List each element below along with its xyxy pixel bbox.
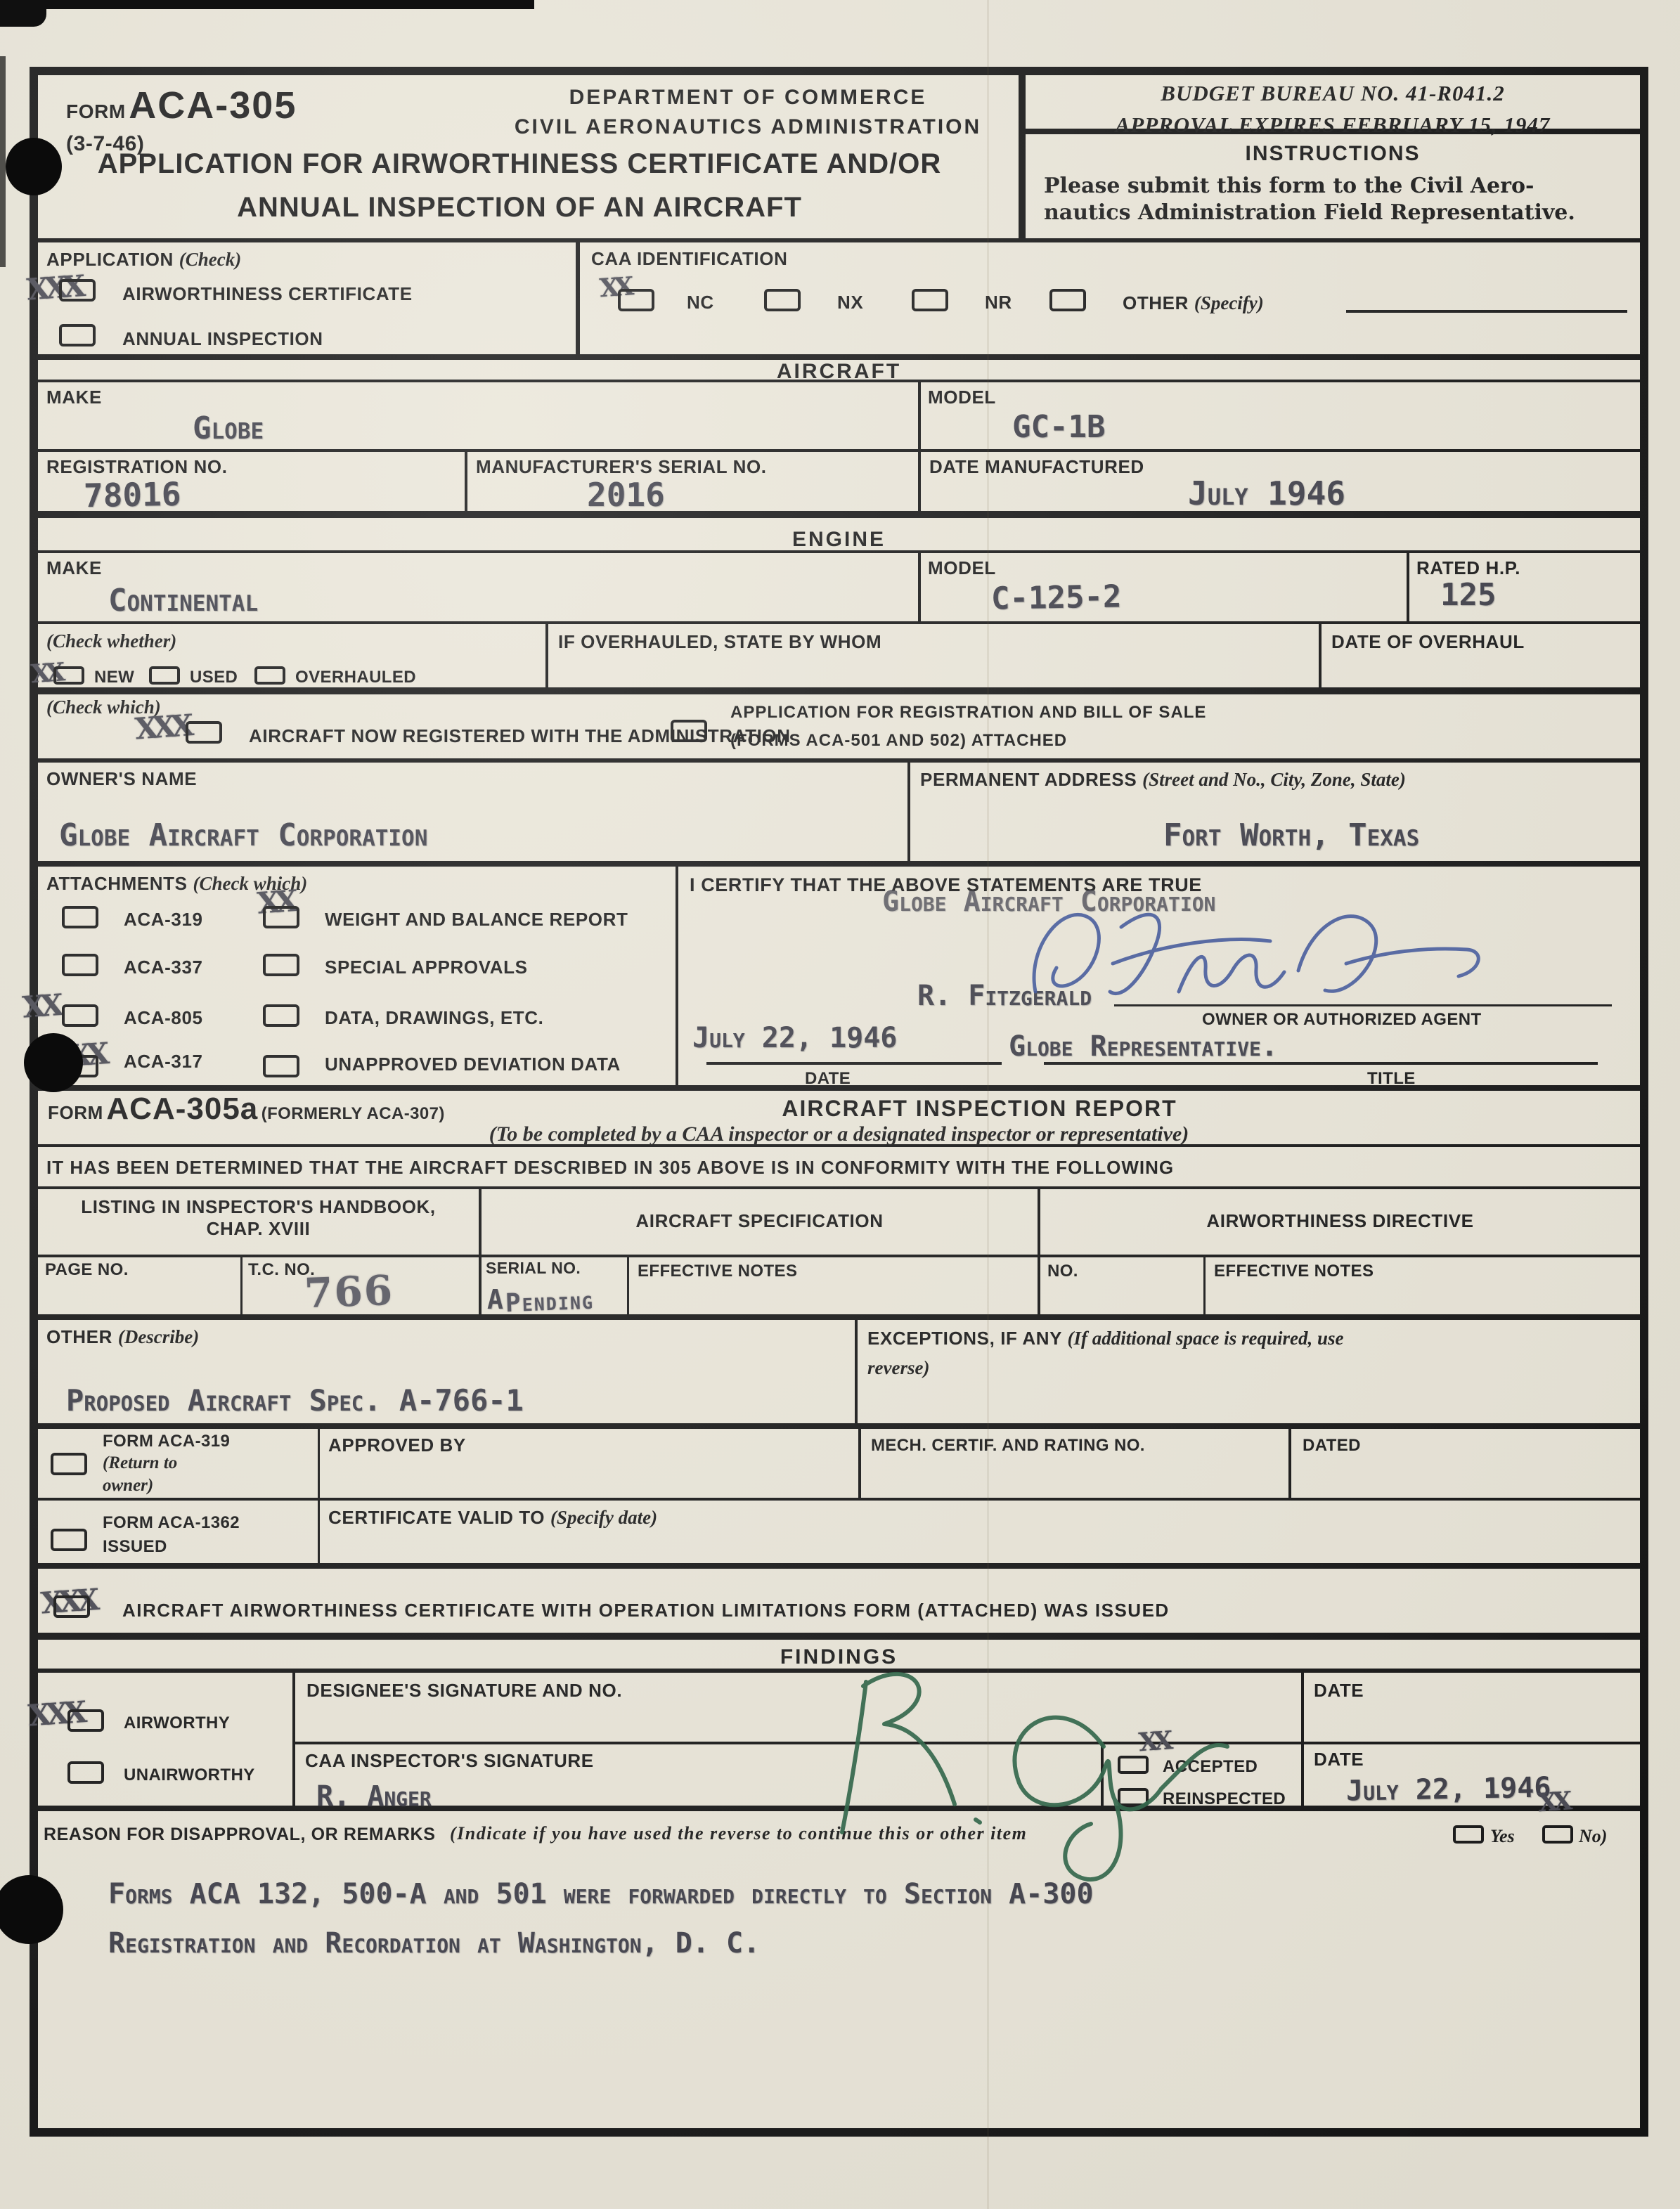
page-no-label: PAGE NO. [45,1260,129,1281]
reason-note: (Indicate if you have used the reverse t… [450,1822,1027,1844]
spec-serial-label: SERIAL NO. [486,1259,581,1278]
owner-agent-label: OWNER OR AUTHORIZED AGENT [1202,1010,1482,1030]
overhauled-by-cell: IF OVERHAULED, STATE BY WHOM [548,624,1322,687]
other-specify-line [1346,287,1627,313]
accepted-cell: XX ACCEPTED REINSPECTED [1104,1744,1304,1806]
certify-title-label: TITLE [1367,1069,1416,1089]
date-line [706,1039,1002,1065]
form-aca-319-note2: owner) [103,1475,153,1496]
inspection-date-label: DATE [1314,1749,1364,1770]
valid-to-label: CERTIFICATE VALID TO (Specify date) [328,1506,657,1529]
engine-condition-row: (Check whether) XX NEW USED OVERHAULED I… [38,624,1640,694]
check-whether-cell: (Check whether) XX NEW USED OVERHAULED [38,624,548,687]
aca-337-checkbox [62,954,98,976]
owner-name-label: OWNER'S NAME [46,768,197,790]
spec-notes-label: EFFECTIVE NOTES [638,1262,797,1282]
exceptions-label: EXCEPTIONS, IF ANY (If additional space … [867,1327,1343,1349]
reverse-no-checkbox [1542,1825,1573,1844]
rated-hp-value: 125 [1440,578,1496,612]
spec-serial-cell: SERIAL NO. A Pending [482,1255,629,1314]
registration-no-label: REGISTRATION NO. [46,456,228,478]
serial-no-cell: MANUFACTURER'S SERIAL NO. 2016 [467,452,921,511]
handwritten-x-mark: XX [22,990,60,1022]
reason-row: REASON FOR DISAPPROVAL, OR REMARKS (Indi… [38,1811,1640,1859]
airworthy-cell: XXX AIRWORTHY UNAIRWORTHY [38,1673,295,1806]
aircraft-section-band: AIRCRAFT [38,360,1640,382]
handwritten-x-mark: XXX [134,711,190,744]
inspector-cell: CAA INSPECTOR'S SIGNATURE R. Anger [295,1744,1104,1806]
tc-no-cell: T.C. NO. 766 [243,1255,482,1314]
certificate-issued-checkbox [53,1595,90,1618]
agency-line1: DEPARTMENT OF COMMERCE [474,85,1022,110]
designee-date-cell: DATE [1304,1673,1640,1744]
findings-band: FINDINGS [38,1640,1640,1673]
aircraft-registration-row: REGISTRATION NO. 78016 MANUFACTURER'S SE… [38,452,1640,518]
certification-section: I CERTIFY THAT THE ABOVE STATEMENTS ARE … [678,867,1640,1085]
other-cell: OTHER (Describe) Proposed Aircraft Spec.… [38,1320,858,1423]
certificate-issued-row: XXX AIRCRAFT AIRWORTHINESS CERTIFICATE W… [38,1569,1640,1640]
budget-bureau-box: BUDGET BUREAU NO. 41-R041.2 APPROVAL EXP… [1019,75,1640,134]
reinspected-label: REINSPECTED [1163,1789,1286,1810]
scan-edge-artifact [0,0,534,9]
mech-certif-label: MECH. CERTIF. AND RATING NO. [871,1436,1145,1456]
form-title: APPLICATION FOR AIRWORTHINESS CERTIFICAT… [52,147,987,224]
agency-block: DEPARTMENT OF COMMERCE CIVIL AERONAUTICS… [474,85,1022,140]
accepted-checkbox [1118,1756,1149,1774]
paper-fold-line [987,0,989,2209]
inspection-form-number: ACA-305a [106,1091,258,1126]
serial-no-value: 2016 [587,477,665,513]
new-checkbox [53,666,84,685]
other-value: Proposed Aircraft Spec. A-766-1 [66,1385,524,1417]
annual-inspection-checkbox [59,324,96,346]
nr-checkbox [912,289,948,311]
bill-of-sale-label-line2: (FORMS ACA-501 AND 502) ATTACHED [730,731,1067,751]
caa-identification-label: CAA IDENTIFICATION [591,248,787,270]
owner-row: OWNER'S NAME Globe Aircraft Corporation … [38,763,1640,867]
form-aca-1362-checkbox [51,1529,87,1551]
engine-make-label: MAKE [46,557,102,579]
aca-805-checkbox [62,1004,98,1027]
other-describe-note: (Describe) [118,1326,199,1347]
specification-table: LISTING IN INSPECTOR'S HANDBOOK, CHAP. X… [38,1189,1640,1320]
unairworthy-label: UNAIRWORTHY [124,1766,255,1786]
application-section: APPLICATION (Check) XXX AIRWORTHINESS CE… [38,242,580,354]
overhauled-checkbox [254,666,285,685]
other-label-note: (Specify) [1194,292,1264,313]
application-label-note: (Check) [179,249,241,270]
airworthy-checkbox [67,1709,104,1732]
other-label: OTHER (Specify) [1123,292,1264,314]
special-approvals-checkbox [263,954,299,976]
date-manufactured-value: July 1946 [1188,476,1345,512]
registration-status-row: (Check which) XXX AIRCRAFT NOW REGISTERE… [38,694,1640,763]
form-aca-1362-issued: ISSUED [103,1537,167,1557]
aircraft-make-value: Globe [193,412,264,446]
directive-no-label: NO. [1047,1262,1078,1282]
accepted-label: ACCEPTED [1163,1757,1258,1777]
instructions-line1: Please submit this form to the Civil Aer… [1044,172,1534,200]
dated-cell: DATED [1291,1429,1640,1498]
aircraft-model-value: GC-1B [1012,410,1105,444]
exceptions-note1: (If additional space is required, use [1067,1328,1343,1349]
spec-header-cell: AIRCRAFT SPECIFICATION [482,1189,1040,1255]
owner-address-cell: PERMANENT ADDRESS (Street and No., City,… [910,763,1640,861]
aca-1362-row: FORM ACA-1362 ISSUED CERTIFICATE VALID T… [38,1501,1640,1569]
aca-337-label: ACA-337 [124,957,203,978]
instructions-title: INSTRUCTIONS [1026,141,1640,167]
certificate-issued-statement: AIRCRAFT AIRWORTHINESS CERTIFICATE WITH … [122,1600,1170,1621]
aca-319-row: FORM ACA-319 (Return to owner) APPROVED … [38,1429,1640,1501]
engine-make-model-row: MAKE Continental MODEL C-125-2 RATED H.P… [38,553,1640,624]
instructions-box: INSTRUCTIONS Please submit this form to … [1019,134,1640,238]
airworthy-label: AIRWORTHY [124,1714,230,1734]
directive-no-cell: NO. [1040,1255,1206,1314]
engine-section-band: ENGINE [38,518,1640,553]
aircraft-model-cell: MODEL GC-1B [921,382,1640,449]
punch-hole [6,138,62,195]
used-checkbox [149,666,180,685]
aca-319-label: ACA-319 [124,909,203,931]
new-label: NEW [94,668,134,688]
date-manufactured-cell: DATE MANUFACTURED July 1946 [921,452,1640,511]
reverse-yes-label: Yes [1490,1825,1515,1847]
aircraft-make-label: MAKE [46,387,102,408]
handwritten-x-mark: XX [1138,1728,1169,1756]
rated-hp-cell: RATED H.P. 125 [1409,553,1640,621]
other-label-text: OTHER [1123,292,1189,313]
engine-make-cell: MAKE Continental [38,553,921,621]
caa-identification-section: CAA IDENTIFICATION XX NC NX NR OTHER (Sp… [580,242,1640,354]
exceptions-cell: EXCEPTIONS, IF ANY (If additional space … [858,1320,1640,1423]
date-manufactured-label: DATE MANUFACTURED [929,456,1144,478]
application-caa-row: APPLICATION (Check) XXX AIRWORTHINESS CE… [38,242,1640,360]
nc-checkbox [618,289,654,311]
approved-by-cell: APPROVED BY [320,1429,861,1498]
certify-date-label: DATE [805,1069,851,1089]
registered-label: AIRCRAFT NOW REGISTERED WITH THE ADMINIS… [249,725,791,747]
attachments-section: ATTACHMENTS (Check which) ACA-319 ACA-33… [38,867,678,1085]
aca-319-checkbox [62,906,98,928]
engine-make-value: Continental [108,584,258,618]
engine-model-value: C-125-2 [991,580,1122,616]
aircraft-make-cell: MAKE Globe [38,382,921,449]
reinspected-checkbox [1118,1788,1149,1806]
application-label: APPLICATION (Check) [46,248,241,271]
engine-model-cell: MODEL C-125-2 [921,553,1409,621]
inspection-report-title: AIRCRAFT INSPECTION REPORT [319,1095,1640,1122]
application-label-text: APPLICATION [46,249,174,270]
reverse-no-label: No) [1579,1825,1607,1847]
title-line [1044,1039,1598,1065]
inspector-label: CAA INSPECTOR'S SIGNATURE [305,1750,594,1772]
scan-corner-artifact [0,0,46,27]
agency-line2: CIVIL AERONAUTICS ADMINISTRATION [474,115,1022,140]
bill-of-sale-checkbox [671,720,707,742]
form-aca-1362-label: FORM ACA-1362 [103,1513,240,1534]
handbook-header-line1: LISTING IN INSPECTOR'S HANDBOOK, [38,1196,479,1218]
airworthiness-certificate-label: AIRWORTHINESS CERTIFICATE [122,283,413,305]
remarks-line2: Registration and Recordation at Washingt… [108,1928,760,1959]
punch-hole [24,1033,83,1092]
form-aca-305: FORM ACA-305 (3-7-46) DEPARTMENT OF COMM… [30,67,1648,2137]
registration-no-cell: REGISTRATION NO. 78016 [38,452,467,511]
designee-label: DESIGNEE'S SIGNATURE AND NO. [306,1680,622,1702]
inspection-date-value: July 22, 1946 [1346,1772,1551,1806]
form-number: ACA-305 [129,84,297,127]
bill-of-sale-label-line1: APPLICATION FOR REGISTRATION AND BILL OF… [730,703,1206,723]
nc-label: NC [687,292,714,313]
aca-1362-cell: FORM ACA-1362 ISSUED [38,1501,320,1563]
overhauled-label: OVERHAULED [295,668,416,688]
form-aca-319-label: FORM ACA-319 [103,1432,230,1452]
inspection-report-subtitle: (To be completed by a CAA inspector or a… [38,1122,1640,1147]
overhaul-date-label: DATE OF OVERHAUL [1331,631,1525,653]
budget-line1: BUDGET BUREAU NO. 41-R041.2 [1026,78,1640,110]
form-title-line1: APPLICATION FOR AIRWORTHINESS CERTIFICAT… [52,147,987,181]
determination-row: IT HAS BEEN DETERMINED THAT THE AIRCRAFT… [38,1147,1640,1189]
other-describe-text: OTHER [46,1326,112,1347]
exceptions-note2: reverse) [867,1356,929,1379]
owner-address-value: Fort Worth, Texas [1163,819,1419,853]
signature-line [1114,982,1612,1006]
registration-no-value: 78016 [84,477,181,514]
tc-no-value: 766 [304,1270,394,1314]
handwritten-x-mark: XX [1537,1789,1568,1816]
approved-by-label: APPROVED BY [328,1434,466,1456]
form-id-block: FORM ACA-305 (3-7-46) [66,86,297,157]
rated-hp-label: RATED H.P. [1416,557,1520,579]
spec-table-body-row: PAGE NO. T.C. NO. 766 SERIAL NO. A Pendi… [38,1255,1640,1314]
instructions-line2: nautics Administration Field Representat… [1044,199,1575,226]
spec-notes-cell: EFFECTIVE NOTES [629,1255,1040,1314]
nx-checkbox [764,289,801,311]
data-drawings-label: DATA, DRAWINGS, ETC. [325,1007,543,1029]
valid-to-cell: CERTIFICATE VALID TO (Specify date) [320,1501,1640,1563]
unapproved-deviation-label: UNAPPROVED DEVIATION DATA [325,1054,621,1075]
certify-company-typed: Globe Aircraft Corporation [882,886,1215,917]
inspection-report-header: FORM ACA-305a (FORMERLY ACA-307) AIRCRAF… [38,1091,1640,1147]
mech-certif-cell: MECH. CERTIF. AND RATING NO. [861,1429,1291,1498]
inspection-form-word: FORM [48,1102,103,1123]
owner-address-label-text: PERMANENT ADDRESS [920,769,1137,790]
valid-to-note: (Specify date) [550,1507,657,1528]
check-whether-label: (Check whether) [46,630,176,652]
directive-notes-label: EFFECTIVE NOTES [1214,1262,1374,1282]
page-no-cell: PAGE NO. [38,1255,243,1314]
directive-header-label: AIRWORTHINESS DIRECTIVE [1040,1210,1640,1232]
unapproved-deviation-checkbox [263,1055,299,1077]
form-title-line2: ANNUAL INSPECTION OF AN AIRCRAFT [52,190,987,224]
aircraft-model-label: MODEL [928,387,996,408]
weight-balance-checkbox [263,906,299,928]
determination-statement: IT HAS BEEN DETERMINED THAT THE AIRCRAFT… [46,1157,1174,1179]
designee-date-label: DATE [1314,1680,1364,1702]
special-approvals-label: SPECIAL APPROVALS [325,957,528,978]
form-aca-319-checkbox [51,1453,87,1475]
used-label: USED [190,668,238,688]
attachments-label-text: ATTACHMENTS [46,873,188,894]
annual-inspection-label: ANNUAL INSPECTION [122,328,323,350]
findings-table: XXX AIRWORTHY UNAIRWORTHY DESIGNEE'S SIG… [38,1673,1640,1811]
nx-label: NX [837,292,863,313]
directive-header-cell: AIRWORTHINESS DIRECTIVE [1040,1189,1640,1255]
dated-label: DATED [1303,1436,1361,1456]
other-checkbox [1049,289,1086,311]
other-exceptions-row: OTHER (Describe) Proposed Aircraft Spec.… [38,1320,1640,1429]
other-describe-label: OTHER (Describe) [46,1326,199,1348]
handbook-header-cell: LISTING IN INSPECTOR'S HANDBOOK, CHAP. X… [38,1189,482,1255]
owner-address-label: PERMANENT ADDRESS (Street and No., City,… [920,768,1406,791]
data-drawings-checkbox [263,1004,299,1027]
signer-typed: R. Fitzgerald [917,980,1092,1011]
registered-checkbox [186,721,222,744]
inspection-date-cell: DATE July 22, 1946 [1304,1744,1640,1806]
engine-model-label: MODEL [928,557,996,579]
unairworthy-checkbox [67,1761,104,1784]
overhauled-by-label: IF OVERHAULED, STATE BY WHOM [558,631,881,653]
scanned-form-page: FORM ACA-305 (3-7-46) DEPARTMENT OF COMM… [0,0,1680,2209]
directive-notes-cell: EFFECTIVE NOTES [1206,1255,1640,1314]
overhaul-date-cell: DATE OF OVERHAUL [1322,624,1640,687]
reason-label: REASON FOR DISAPPROVAL, OR REMARKS [44,1824,435,1845]
attachments-certification-row: ATTACHMENTS (Check which) ACA-319 ACA-33… [38,867,1640,1091]
form-word: FORM [66,101,126,122]
spec-serial-typed: A [487,1285,503,1315]
remarks-area: Forms ACA 132, 500-A and 501 were forwar… [38,1859,1640,2128]
pending-stamp: Pending [505,1288,594,1316]
remarks-line1: Forms ACA 132, 500-A and 501 were forwar… [108,1879,1094,1910]
form-aca-319-note1: (Return to [103,1453,177,1474]
inspector-typed: R. Anger [316,1781,432,1812]
weight-balance-label: WEIGHT AND BALANCE REPORT [325,909,628,931]
aircraft-make-model-row: MAKE Globe MODEL GC-1B [38,382,1640,452]
handbook-header-line2: CHAP. XVIII [38,1218,479,1240]
aca-805-label: ACA-805 [124,1007,203,1029]
aca-317-label: ACA-317 [124,1051,203,1073]
form-header: FORM ACA-305 (3-7-46) DEPARTMENT OF COMM… [38,75,1640,242]
scan-edge-artifact [0,56,6,267]
owner-address-label-note: (Street and No., City, Zone, State) [1142,769,1406,790]
exceptions-label-text: EXCEPTIONS, IF ANY [867,1328,1062,1349]
spec-header-label: AIRCRAFT SPECIFICATION [482,1210,1038,1232]
airworthiness-certificate-checkbox [59,279,96,302]
aca-319-return-cell: FORM ACA-319 (Return to owner) [38,1429,320,1498]
owner-name-value: Globe Aircraft Corporation [59,819,427,853]
valid-to-text: CERTIFICATE VALID TO [328,1507,545,1528]
spec-table-header-row: LISTING IN INSPECTOR'S HANDBOOK, CHAP. X… [38,1189,1640,1257]
reverse-yes-checkbox [1453,1825,1484,1844]
owner-name-cell: OWNER'S NAME Globe Aircraft Corporation [38,763,910,861]
serial-no-label: MANUFACTURER'S SERIAL NO. [476,456,767,478]
